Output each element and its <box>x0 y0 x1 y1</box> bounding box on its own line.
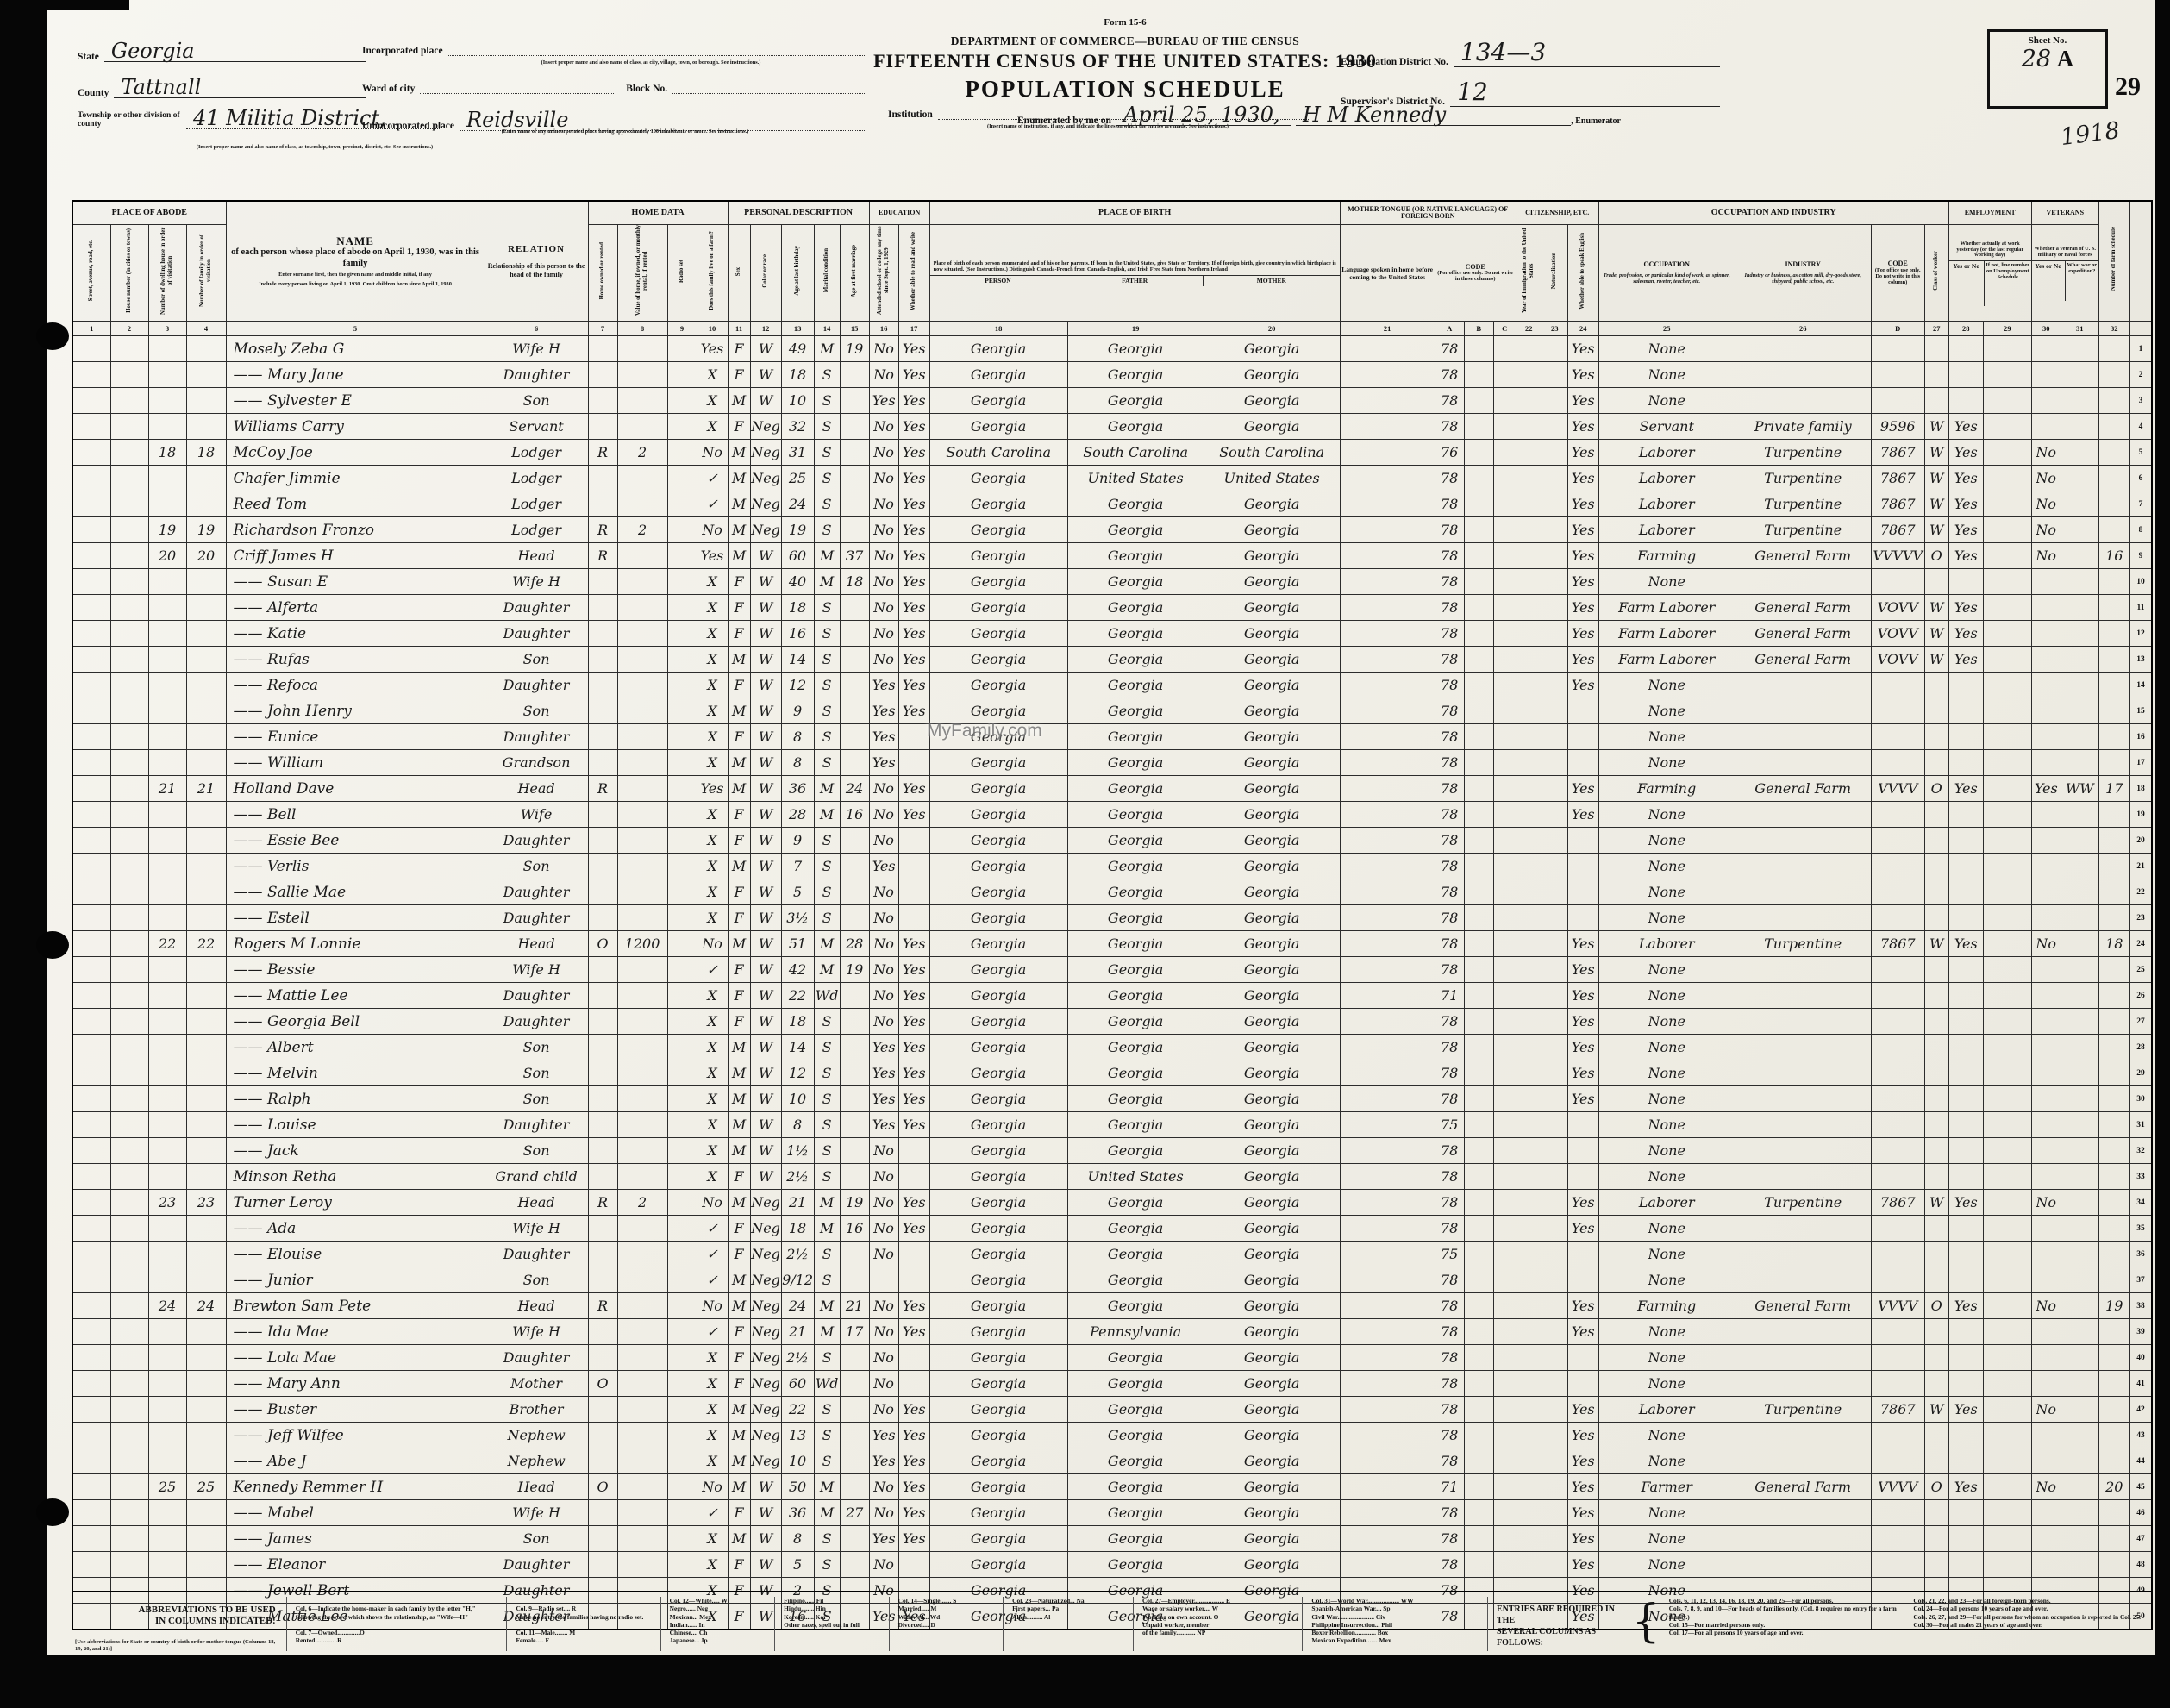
cell-sx: M <box>728 931 750 957</box>
cell-cC <box>1493 1371 1516 1397</box>
cell-cA: 78 <box>1435 491 1464 517</box>
cell-fs <box>2098 388 2129 414</box>
cell-cC <box>1493 1293 1516 1319</box>
cell-cD: VOVV <box>1871 647 1924 673</box>
cell-cA: 78 <box>1435 1138 1464 1164</box>
cell-bf: Georgia <box>1067 1112 1204 1138</box>
cell-st <box>72 1474 110 1500</box>
record-row: Mosely Zeba GWife HYesFW49M19NoYesGeorgi… <box>72 336 2152 362</box>
cell-ue <box>1983 750 2031 776</box>
cell-mc: S <box>814 595 840 621</box>
cell-hn <box>110 750 148 776</box>
cell-na <box>1542 543 1567 569</box>
cell-vl <box>617 1474 667 1500</box>
cell-rl: Lodger <box>485 440 588 466</box>
cell-mc: M <box>814 1474 840 1500</box>
cell-fa: Yes <box>697 776 728 802</box>
cell-cr: W <box>750 1009 781 1035</box>
cell-sc: No <box>869 1164 898 1190</box>
cell-sc: No <box>869 1293 898 1319</box>
cell-cB <box>1464 517 1493 543</box>
cell-cw: W <box>1924 1190 1948 1216</box>
cell-ow <box>588 466 617 491</box>
record-row: —— Jeff WilfeeNephewXMNeg13SYesYesGeorgi… <box>72 1423 2152 1448</box>
cell-hn <box>110 879 148 905</box>
cell-fm <box>186 983 226 1009</box>
cell-fa: X <box>697 983 728 1009</box>
cell-mc: S <box>814 414 840 440</box>
cell-ue <box>1983 802 2031 828</box>
cell-yi <box>1516 1552 1542 1578</box>
cell-cw <box>1924 1448 1948 1474</box>
cell-fa: X <box>697 1112 728 1138</box>
cell-em <box>1948 336 1983 362</box>
cell-line-number: 15 <box>2129 698 2152 724</box>
cell-yi <box>1516 569 1542 595</box>
cell-cD <box>1871 1423 1924 1448</box>
cell-lg <box>1340 750 1435 776</box>
record-row: —— LouiseDaughterXMW8SYesYesGeorgiaGeorg… <box>72 1112 2152 1138</box>
cell-bp: Georgia <box>929 647 1067 673</box>
cell-st <box>72 414 110 440</box>
cell-cr: W <box>750 750 781 776</box>
cell-bf: Georgia <box>1067 569 1204 595</box>
cell-sx: M <box>728 1112 750 1138</box>
cell-em <box>1948 673 1983 698</box>
cell-ag: 14 <box>781 1035 814 1060</box>
cell-cA: 78 <box>1435 414 1464 440</box>
cell-en: Yes <box>1567 621 1598 647</box>
cell-cA: 78 <box>1435 673 1464 698</box>
enum-district-value: 134—3 <box>1454 38 1720 67</box>
cell-oc: None <box>1598 1319 1735 1345</box>
cell-fa: X <box>697 595 728 621</box>
cell-em <box>1948 1060 1983 1086</box>
cell-wr <box>2061 828 2098 854</box>
header-veterans-detail: Whether a veteran of U. S. military or n… <box>2031 225 2098 322</box>
cell-dw <box>148 1138 186 1164</box>
header-street: Street, avenue, road, etc. <box>72 225 110 322</box>
cell-cC <box>1493 1009 1516 1035</box>
cell-dw <box>148 621 186 647</box>
cell-vl <box>617 828 667 854</box>
cell-cD <box>1871 905 1924 931</box>
cell-ow <box>588 621 617 647</box>
abbr-col12b: Filipino...... Fil Hindu........ Hin Kor… <box>774 1597 879 1651</box>
cell-bp: Georgia <box>929 595 1067 621</box>
cell-en <box>1567 1138 1598 1164</box>
cell-st <box>72 440 110 466</box>
cell-wr <box>2061 517 2098 543</box>
cell-fm <box>186 621 226 647</box>
cell-fa: X <box>697 698 728 724</box>
record-row: —— AdaWife H✓FNeg18M16NoYesGeorgiaGeorgi… <box>72 1216 2152 1242</box>
cell-fs <box>2098 491 2129 517</box>
cell-ue <box>1983 621 2031 647</box>
cell-bp: Georgia <box>929 828 1067 854</box>
cell-vl <box>617 1293 667 1319</box>
cell-lg <box>1340 1060 1435 1086</box>
cell-bp: Georgia <box>929 336 1067 362</box>
cell-cB <box>1464 1423 1493 1448</box>
cell-en: Yes <box>1567 595 1598 621</box>
cell-in: General Farm <box>1735 621 1871 647</box>
cell-ag: 40 <box>781 569 814 595</box>
cell-oc: None <box>1598 362 1735 388</box>
cell-vt <box>2031 957 2061 983</box>
cell-bf: Georgia <box>1067 595 1204 621</box>
cell-vl <box>617 414 667 440</box>
cell-bm: Georgia <box>1204 1009 1340 1035</box>
cell-bp: Georgia <box>929 1138 1067 1164</box>
cell-vl <box>617 1138 667 1164</box>
cell-sx: F <box>728 362 750 388</box>
cell-bp: Georgia <box>929 621 1067 647</box>
cell-cB <box>1464 1319 1493 1345</box>
cell-in: General Farm <box>1735 776 1871 802</box>
cell-sc: No <box>869 362 898 388</box>
cell-ue <box>1983 1448 2031 1474</box>
group-personal-description: PERSONAL DESCRIPTION <box>728 201 869 225</box>
column-number: 6 <box>485 322 588 336</box>
cell-en: Yes <box>1567 414 1598 440</box>
cell-cD <box>1871 1267 1924 1293</box>
cell-cr: Neg <box>750 1448 781 1474</box>
cell-en: Yes <box>1567 466 1598 491</box>
cell-rl: Head <box>485 1293 588 1319</box>
cell-na <box>1542 698 1567 724</box>
cell-fm <box>186 1086 226 1112</box>
cell-cD <box>1871 854 1924 879</box>
cell-na <box>1542 1267 1567 1293</box>
page-number: 29 <box>2115 72 2141 102</box>
cell-sx: M <box>728 1086 750 1112</box>
cell-dw <box>148 1216 186 1242</box>
cell-ue <box>1983 440 2031 466</box>
cell-cA: 78 <box>1435 466 1464 491</box>
cell-mc: S <box>814 1267 840 1293</box>
cell-bf: Georgia <box>1067 336 1204 362</box>
header-language: Language spoken in home before coming to… <box>1340 225 1435 322</box>
cell-wr <box>2061 957 2098 983</box>
cell-am <box>840 724 869 750</box>
cell-wr <box>2061 388 2098 414</box>
cell-cC <box>1493 1423 1516 1448</box>
cell-ag: 24 <box>781 491 814 517</box>
incorporated-field: Incorporated place <box>362 43 866 56</box>
cell-oc: None <box>1598 854 1735 879</box>
cell-bm: Georgia <box>1204 698 1340 724</box>
cell-em <box>1948 750 1983 776</box>
cell-cC <box>1493 388 1516 414</box>
cell-mc: S <box>814 698 840 724</box>
header-vet-war: What war or expedition? <box>2065 261 2098 301</box>
cell-fs <box>2098 1267 2129 1293</box>
cell-fa: No <box>697 1474 728 1500</box>
cell-ag: 21 <box>781 1319 814 1345</box>
cell-bm: Georgia <box>1204 905 1340 931</box>
cell-dw <box>148 362 186 388</box>
enum-district-field: Enumeration District No. 134—3 <box>1341 38 1720 67</box>
cell-bp: Georgia <box>929 466 1067 491</box>
cell-fs <box>2098 1397 2129 1423</box>
cell-cD <box>1871 1138 1924 1164</box>
cell-lg <box>1340 1448 1435 1474</box>
cell-wr <box>2061 1164 2098 1190</box>
cell-wr <box>2061 1216 2098 1242</box>
cell-nm: —— Georgia Bell <box>226 1009 485 1035</box>
cell-em <box>1948 802 1983 828</box>
cell-lg <box>1340 647 1435 673</box>
cell-lg <box>1340 776 1435 802</box>
cell-ag: 18 <box>781 1009 814 1035</box>
header-birth-father: FATHER <box>1066 276 1203 286</box>
cell-cD <box>1871 362 1924 388</box>
cell-line-number: 8 <box>2129 517 2152 543</box>
cell-cA: 78 <box>1435 1293 1464 1319</box>
cell-fa: Yes <box>697 543 728 569</box>
cell-am <box>840 854 869 879</box>
cell-cC <box>1493 750 1516 776</box>
cell-ue <box>1983 957 2031 983</box>
cell-lg <box>1340 569 1435 595</box>
cell-lg <box>1340 1423 1435 1448</box>
cell-fs <box>2098 362 2129 388</box>
cell-nm: —— Ralph <box>226 1086 485 1112</box>
group-employment: EMPLOYMENT <box>1948 201 2031 225</box>
cell-em <box>1948 1552 1983 1578</box>
cell-cD <box>1871 1060 1924 1086</box>
cell-sc: Yes <box>869 698 898 724</box>
cell-cA: 78 <box>1435 1086 1464 1112</box>
column-number: 22 <box>1516 322 1542 336</box>
group-veterans: VETERANS <box>2031 201 2098 225</box>
cell-fm <box>186 1319 226 1345</box>
cell-bp: Georgia <box>929 1293 1067 1319</box>
cell-hn <box>110 983 148 1009</box>
cell-rl: Servant <box>485 414 588 440</box>
cell-rl: Wife H <box>485 569 588 595</box>
cell-hn <box>110 802 148 828</box>
cell-bm: United States <box>1204 466 1340 491</box>
group-place-of-birth: PLACE OF BIRTH <box>929 201 1340 225</box>
cell-cB <box>1464 1448 1493 1474</box>
cell-in: Turpentine <box>1735 1190 1871 1216</box>
cell-bm: Georgia <box>1204 362 1340 388</box>
cell-in: General Farm <box>1735 595 1871 621</box>
cell-dw <box>148 879 186 905</box>
cell-dw: 22 <box>148 931 186 957</box>
cell-am <box>840 1474 869 1500</box>
cell-ue <box>1983 828 2031 854</box>
cell-am <box>840 1242 869 1267</box>
cell-cC <box>1493 1448 1516 1474</box>
cell-oc: None <box>1598 802 1735 828</box>
cell-sx: F <box>728 1345 750 1371</box>
cell-sx: M <box>728 1448 750 1474</box>
cell-sx: M <box>728 750 750 776</box>
cell-yi <box>1516 543 1542 569</box>
cell-sc: No <box>869 440 898 466</box>
cell-oc: None <box>1598 1086 1735 1112</box>
cell-in: General Farm <box>1735 1474 1871 1500</box>
cell-vt: No <box>2031 491 2061 517</box>
cell-vt <box>2031 1242 2061 1267</box>
cell-nm: —— James <box>226 1526 485 1552</box>
cell-wr <box>2061 802 2098 828</box>
cell-wr <box>2061 543 2098 569</box>
cell-cC <box>1493 1526 1516 1552</box>
cell-cr: W <box>750 543 781 569</box>
cell-cA: 78 <box>1435 957 1464 983</box>
cell-st <box>72 1552 110 1578</box>
cell-rw: Yes <box>898 1474 929 1500</box>
cell-fa: No <box>697 1293 728 1319</box>
cell-cr: W <box>750 1164 781 1190</box>
cell-rl: Grandson <box>485 750 588 776</box>
cell-yi <box>1516 776 1542 802</box>
cell-oc: None <box>1598 879 1735 905</box>
cell-cD: 7867 <box>1871 931 1924 957</box>
cell-cr: W <box>750 905 781 931</box>
cell-bf: Georgia <box>1067 724 1204 750</box>
cell-cD: 7867 <box>1871 440 1924 466</box>
cell-fs <box>2098 1060 2129 1086</box>
cell-st <box>72 931 110 957</box>
cell-am: 19 <box>840 957 869 983</box>
county-label: County <box>78 88 109 98</box>
record-row: 2020Criff James HHeadRYesMW60M37NoYesGeo… <box>72 543 2152 569</box>
cell-ag: 18 <box>781 1216 814 1242</box>
cell-oc: None <box>1598 1216 1735 1242</box>
cell-cr: W <box>750 776 781 802</box>
cell-bm: Georgia <box>1204 1138 1340 1164</box>
cell-lg <box>1340 1319 1435 1345</box>
cell-line-number: 13 <box>2129 647 2152 673</box>
cell-na <box>1542 1319 1567 1345</box>
census-scan-page: Form 15-6 DEPARTMENT OF COMMERCE—BUREAU … <box>0 0 2170 1708</box>
cell-sc: No <box>869 957 898 983</box>
column-number: 18 <box>929 322 1067 336</box>
header-age: Age at last birthday <box>781 225 814 322</box>
cell-cD <box>1871 1112 1924 1138</box>
cell-en: Yes <box>1567 362 1598 388</box>
cell-vl <box>617 879 667 905</box>
cell-en: Yes <box>1567 776 1598 802</box>
cell-cB <box>1464 724 1493 750</box>
cell-bm: Georgia <box>1204 1448 1340 1474</box>
cell-mc: S <box>814 1242 840 1267</box>
cell-cw: W <box>1924 647 1948 673</box>
cell-yi <box>1516 724 1542 750</box>
cell-em: Yes <box>1948 1293 1983 1319</box>
cell-ue <box>1983 931 2031 957</box>
cell-ra <box>667 1293 697 1319</box>
cell-wr <box>2061 724 2098 750</box>
cell-yi <box>1516 1345 1542 1371</box>
watermark: MyFamily.com <box>927 721 1042 741</box>
township-label: Township or other division of county <box>78 111 181 129</box>
cell-na <box>1542 440 1567 466</box>
cell-cB <box>1464 1474 1493 1500</box>
cell-rl: Wife <box>485 802 588 828</box>
cell-sc: Yes <box>869 673 898 698</box>
cell-cw <box>1924 905 1948 931</box>
cell-bf: Georgia <box>1067 543 1204 569</box>
cell-bp: Georgia <box>929 854 1067 879</box>
group-place-of-abode: PLACE OF ABODE <box>72 201 226 225</box>
cell-cB <box>1464 647 1493 673</box>
cell-dw <box>148 1242 186 1267</box>
cell-st <box>72 1267 110 1293</box>
cell-sx: F <box>728 905 750 931</box>
cell-fm <box>186 1009 226 1035</box>
cell-cw <box>1924 388 1948 414</box>
cell-cD <box>1871 698 1924 724</box>
cell-fs <box>2098 1526 2129 1552</box>
cell-sc: No <box>869 1319 898 1345</box>
cell-fs <box>2098 440 2129 466</box>
cell-em <box>1948 879 1983 905</box>
cell-bf: Georgia <box>1067 1242 1204 1267</box>
cell-fs <box>2098 1086 2129 1112</box>
cell-bf: Georgia <box>1067 983 1204 1009</box>
cell-in <box>1735 1448 1871 1474</box>
cell-cr: Neg <box>750 1345 781 1371</box>
cell-am <box>840 828 869 854</box>
cell-vl <box>617 1448 667 1474</box>
cell-cw <box>1924 1371 1948 1397</box>
cell-am <box>840 1060 869 1086</box>
cell-bp: Georgia <box>929 957 1067 983</box>
cell-bf: Georgia <box>1067 854 1204 879</box>
cell-ra <box>667 1423 697 1448</box>
cell-line-number: 7 <box>2129 491 2152 517</box>
cell-rl: Nephew <box>485 1448 588 1474</box>
cell-nm: Holland Dave <box>226 776 485 802</box>
cell-cw <box>1924 698 1948 724</box>
cell-wr: WW <box>2061 776 2098 802</box>
cell-mc: Wd <box>814 983 840 1009</box>
record-row: 2323Turner LeroyHeadR2NoMNeg21M19NoYesGe… <box>72 1190 2152 1216</box>
cell-nm: —— Mabel <box>226 1500 485 1526</box>
cell-ra <box>667 1397 697 1423</box>
cell-nm: Reed Tom <box>226 491 485 517</box>
record-row: —— BellWifeXFW28M16NoYesGeorgiaGeorgiaGe… <box>72 802 2152 828</box>
cell-bm: Georgia <box>1204 388 1340 414</box>
cell-cB <box>1464 905 1493 931</box>
cell-in: Turpentine <box>1735 1397 1871 1423</box>
cell-rw: Yes <box>898 1448 929 1474</box>
record-row: —— VerlisSonXMW7SYesGeorgiaGeorgiaGeorgi… <box>72 854 2152 879</box>
cell-na <box>1542 750 1567 776</box>
cell-cr: W <box>750 595 781 621</box>
cell-em <box>1948 1242 1983 1267</box>
cell-dw <box>148 724 186 750</box>
cell-sc: No <box>869 1552 898 1578</box>
cell-line-number: 26 <box>2129 983 2152 1009</box>
cell-oc: Farm Laborer <box>1598 595 1735 621</box>
cell-in <box>1735 1086 1871 1112</box>
cell-line-number: 42 <box>2129 1397 2152 1423</box>
cell-vl <box>617 724 667 750</box>
abbr-col23: Col. 23—Naturalized... Na First papers..… <box>1003 1597 1123 1651</box>
cell-vl <box>617 802 667 828</box>
cell-bp: Georgia <box>929 1164 1067 1190</box>
record-row: —— Susan EWife HXFW40M18NoYesGeorgiaGeor… <box>72 569 2152 595</box>
cell-cr: W <box>750 854 781 879</box>
cell-nm: Kennedy Remmer H <box>226 1474 485 1500</box>
